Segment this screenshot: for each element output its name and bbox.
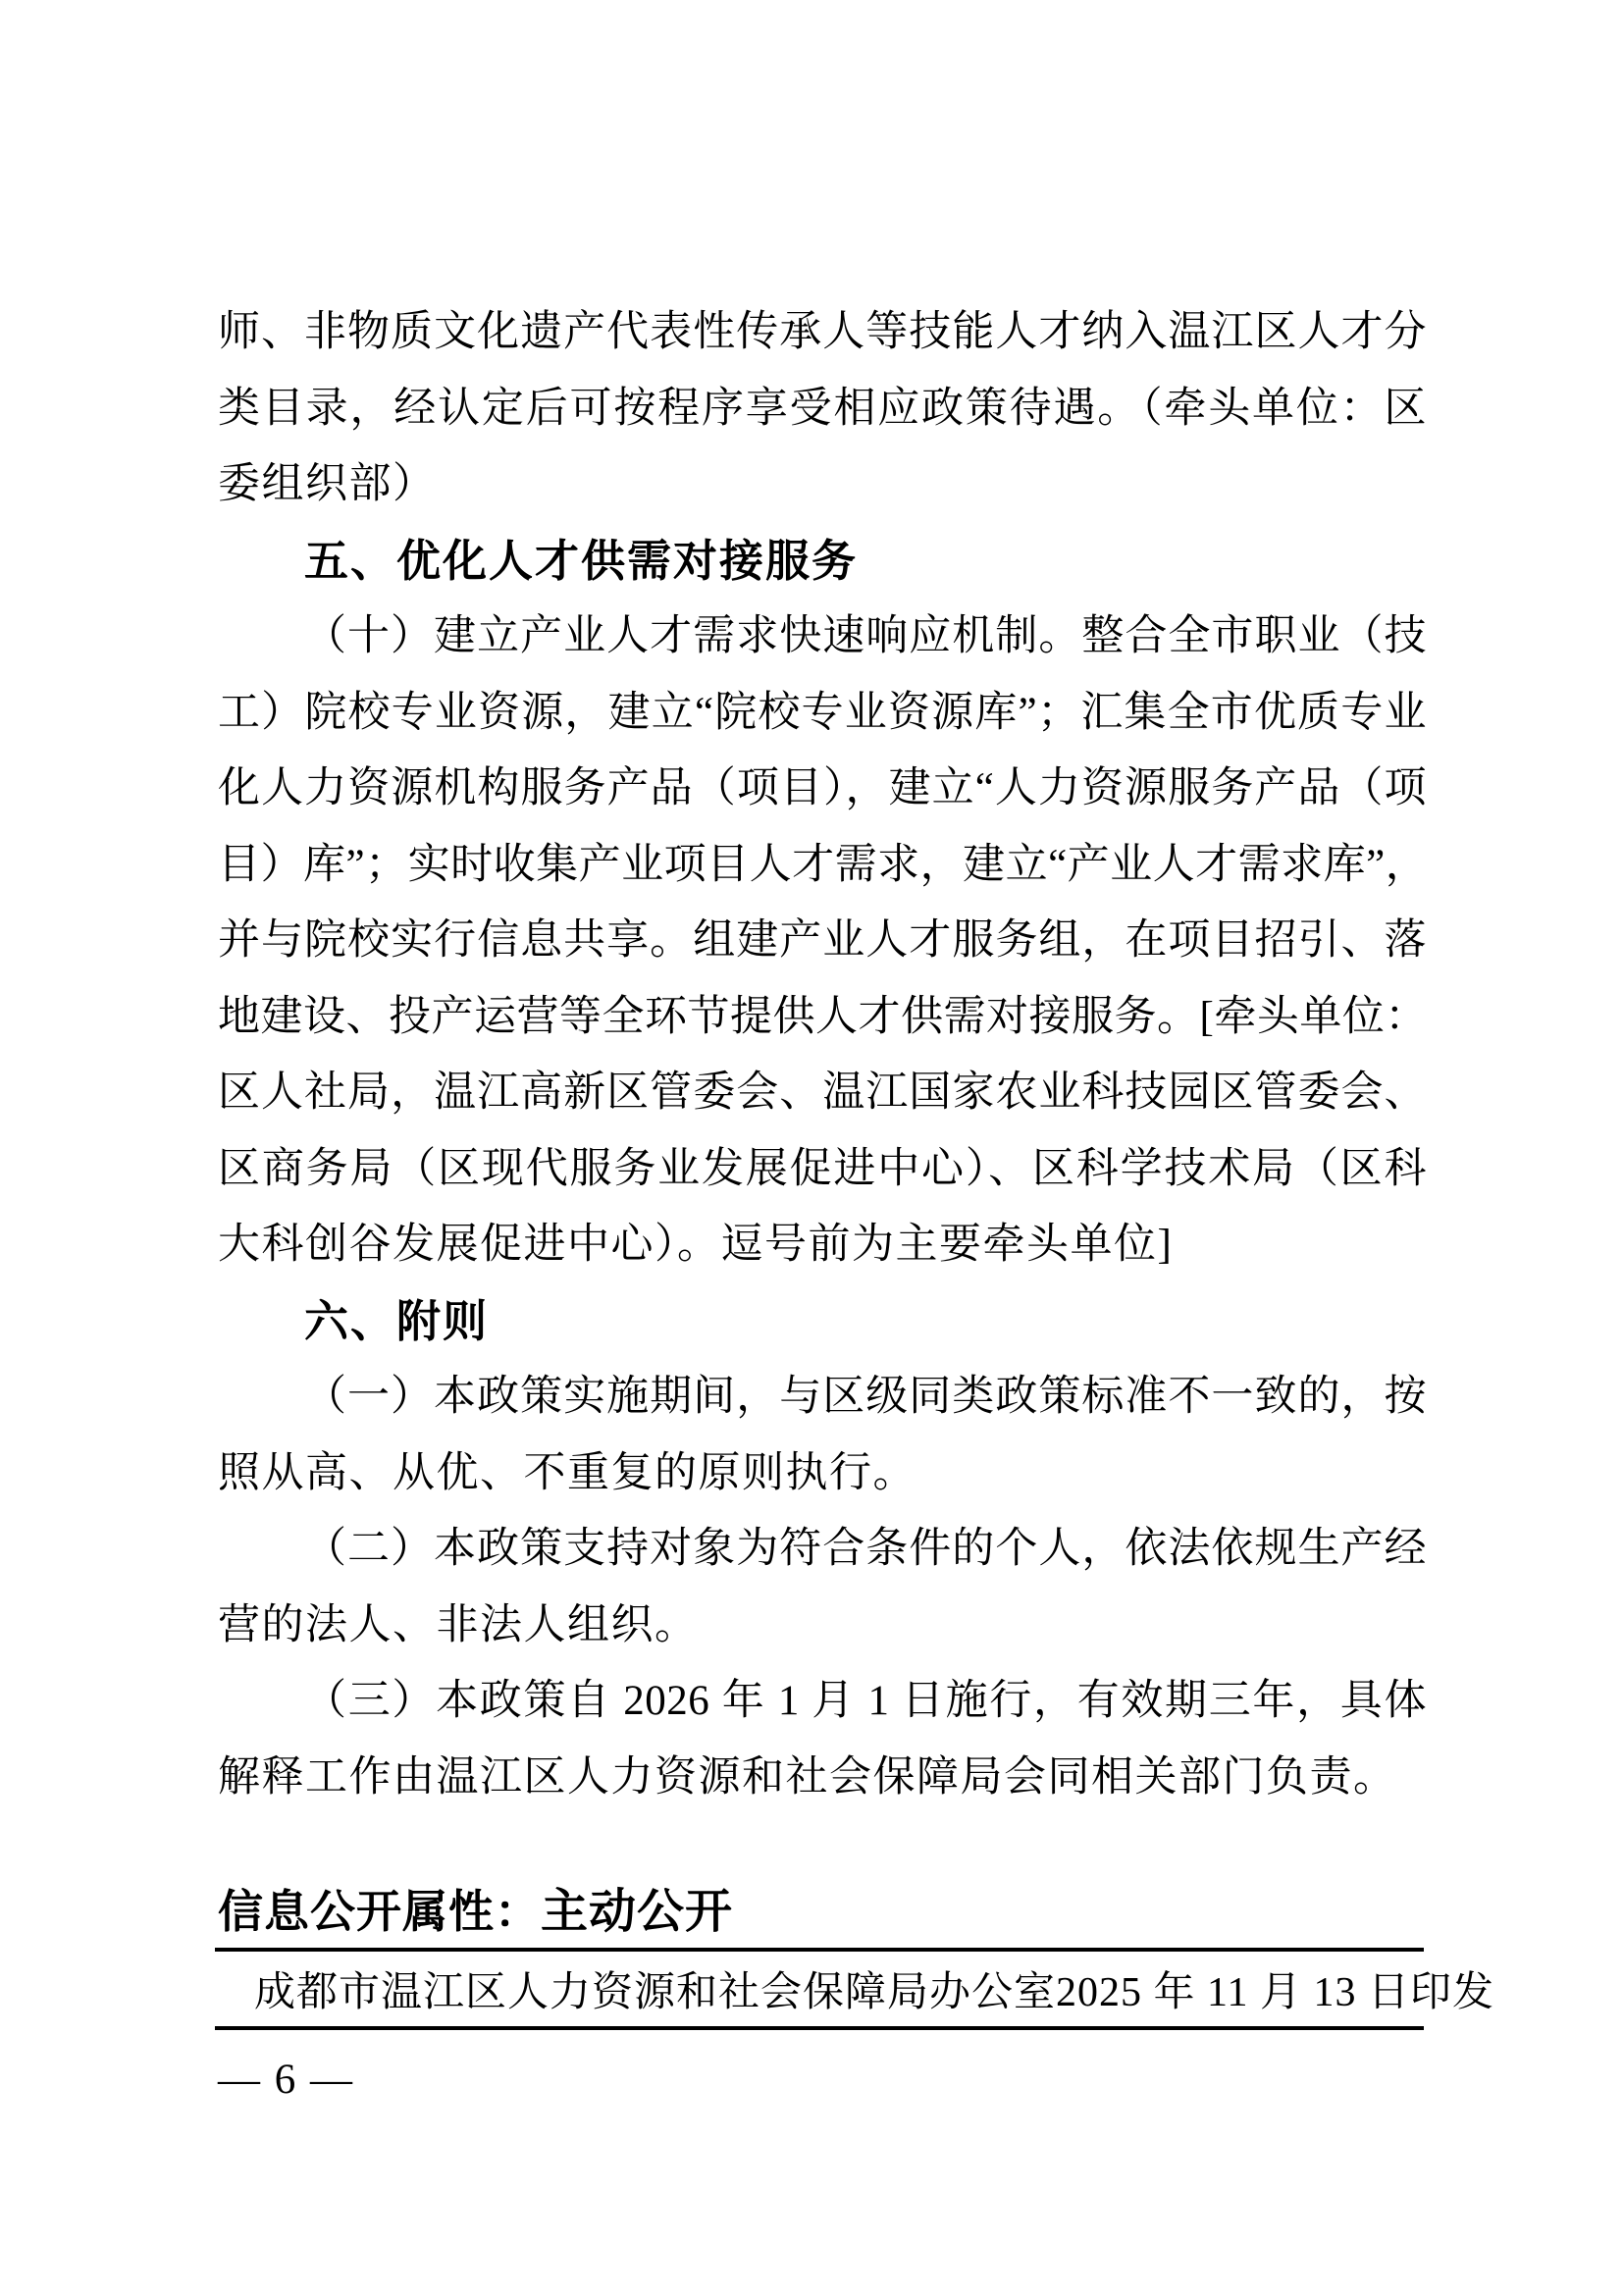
text-line: 地建设、投产运营等全环节提供人才供需对接服务。[牵头单位： <box>218 979 1427 1056</box>
disclosure-value: 主动公开 <box>541 1886 733 1938</box>
text-line: （十）建立产业人才需求快速响应机制。整合全市职业（技 <box>218 599 1427 675</box>
text-line: 化人力资源机构服务产品（项目），建立“人力资源服务产品（项 <box>218 751 1427 827</box>
imprint-date: 2025 年 11 月 13 日印发 <box>1056 1970 1494 2015</box>
text-line: 目）库”；实时收集产业项目人才需求，建立“产业人才需求库”， <box>218 827 1427 904</box>
imprint-issuer: 成都市温江区人力资源和社会保障局办公室 <box>254 1970 1056 2015</box>
text-line: 照从高、从优、不重复的原则执行。 <box>218 1435 1427 1512</box>
text-line: 类目录，经认定后可按程序享受相应政策待遇。（牵头单位：区 <box>218 371 1427 447</box>
document-body: 师、非物质文化遗产代表性传承人等技能人才纳入温江区人才分 类目录，经认定后可按程… <box>218 294 1427 1815</box>
text-line: 营的法人、非法人组织。 <box>218 1588 1427 1664</box>
page-number: — 6 — <box>218 2058 354 2103</box>
text-line: 区商务局（区现代服务业发展促进中心）、区科学技术局（区科 <box>218 1131 1427 1208</box>
section-heading-5: 五、优化人才供需对接服务 <box>218 523 1427 600</box>
text-line: 解释工作由温江区人力资源和社会保障局会同相关部门负责。 <box>218 1740 1427 1816</box>
imprint-line: 成都市温江区人力资源和社会保障局办公室 2025 年 11 月 13 日印发 <box>215 1970 1424 2015</box>
text-line: 工）院校专业资源，建立“院校专业资源库”；汇集全市优质专业 <box>218 675 1427 752</box>
imprint-rule-top <box>215 1948 1424 1952</box>
text-line: （一）本政策实施期间，与区级同类政策标准不一致的，按 <box>218 1359 1427 1435</box>
text-line: 大科创谷发展促进中心）。逗号前为主要牵头单位] <box>218 1207 1427 1283</box>
document-page: 师、非物质文化遗产代表性传承人等技能人才纳入温江区人才分 类目录，经认定后可按程… <box>0 0 1623 2296</box>
text-line: 并与院校实行信息共享。组建产业人才服务组，在项目招引、落 <box>218 903 1427 979</box>
text-line: 区人社局，温江高新区管委会、温江国家农业科技园区管委会、 <box>218 1055 1427 1131</box>
disclosure-label: 信息公开属性： <box>218 1886 541 1937</box>
text-line: 委组织部） <box>218 446 1427 523</box>
imprint-rule-bottom <box>215 2026 1424 2030</box>
disclosure-line: 信息公开属性：主动公开 <box>218 1884 1427 1939</box>
text-line: 师、非物质文化遗产代表性传承人等技能人才纳入温江区人才分 <box>218 294 1427 371</box>
text-line: （三）本政策自 2026 年 1 月 1 日施行，有效期三年，具体 <box>218 1663 1427 1740</box>
text-line: （二）本政策支持对象为符合条件的个人，依法依规生产经 <box>218 1511 1427 1588</box>
section-heading-6: 六、附则 <box>218 1283 1427 1360</box>
